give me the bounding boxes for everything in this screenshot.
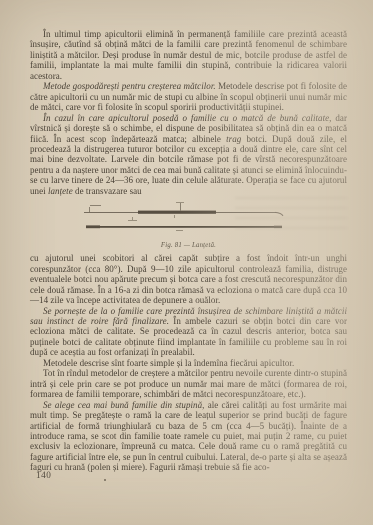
paragraph: cu ajutorul unei scobitori al cărei capă… [30, 253, 347, 305]
document-page: În ultimul timp apicultorii elimină în p… [0, 0, 373, 525]
paragraph: Se pornește de la o familie care prezint… [30, 306, 347, 358]
paragraph: Metodele descrise sînt foarte simple și … [30, 358, 347, 368]
paragraph-text: cu ajutorul unei scobitori al cărei capă… [30, 253, 347, 305]
paragraph-italic-text: Se alege cea mai bună familie din stupin… [43, 400, 204, 410]
paragraph-text: În ultimul timp apicultorii elimină în p… [30, 29, 347, 81]
paragraph-text: de transvazare sau [73, 186, 142, 196]
paragraph: Tot în rîndul metodelor de creștere a mă… [30, 368, 347, 399]
figure-caption: Fig. 81 — Lanțetă. [74, 242, 304, 250]
paragraph-italic-text: lanțete [48, 186, 73, 196]
paragraph: În cazul în care apicultorul posedă o fa… [30, 113, 347, 197]
paragraph: Se alege cea mai bună familie din stupin… [30, 400, 347, 473]
text-block-after-figure: cu ajutorul unei scobitori al cărei capă… [30, 253, 347, 473]
lancet-figure [76, 201, 302, 235]
paragraph-italic-text: În cazul în care apicultorul posedă o fa… [43, 113, 331, 123]
paragraph-text: Tot în rîndul metodelor de creștere a mă… [30, 368, 347, 399]
paragraph-italic-text: trag [226, 134, 241, 144]
paragraph: Metode gospodărești pentru creșterea măt… [30, 81, 347, 112]
paragraph-text: ale cărei calități au fost urmărite mai … [30, 400, 347, 473]
text-block-before-figure: În ultimul timp apicultorii elimină în p… [30, 29, 347, 196]
paragraph: În ultimul timp apicultorii elimină în p… [30, 29, 347, 81]
text-column: În ultimul timp apicultorii elimină în p… [30, 29, 347, 473]
paper-speck [104, 479, 106, 481]
paragraph-italic-text: Metode gospodărești pentru creșterea măt… [43, 81, 216, 91]
figure-block: Fig. 81 — Lanțetă. [74, 201, 304, 250]
paragraph-text: Metodele descrise sînt foarte simple și … [43, 358, 294, 368]
page-number: 140 [36, 470, 51, 480]
